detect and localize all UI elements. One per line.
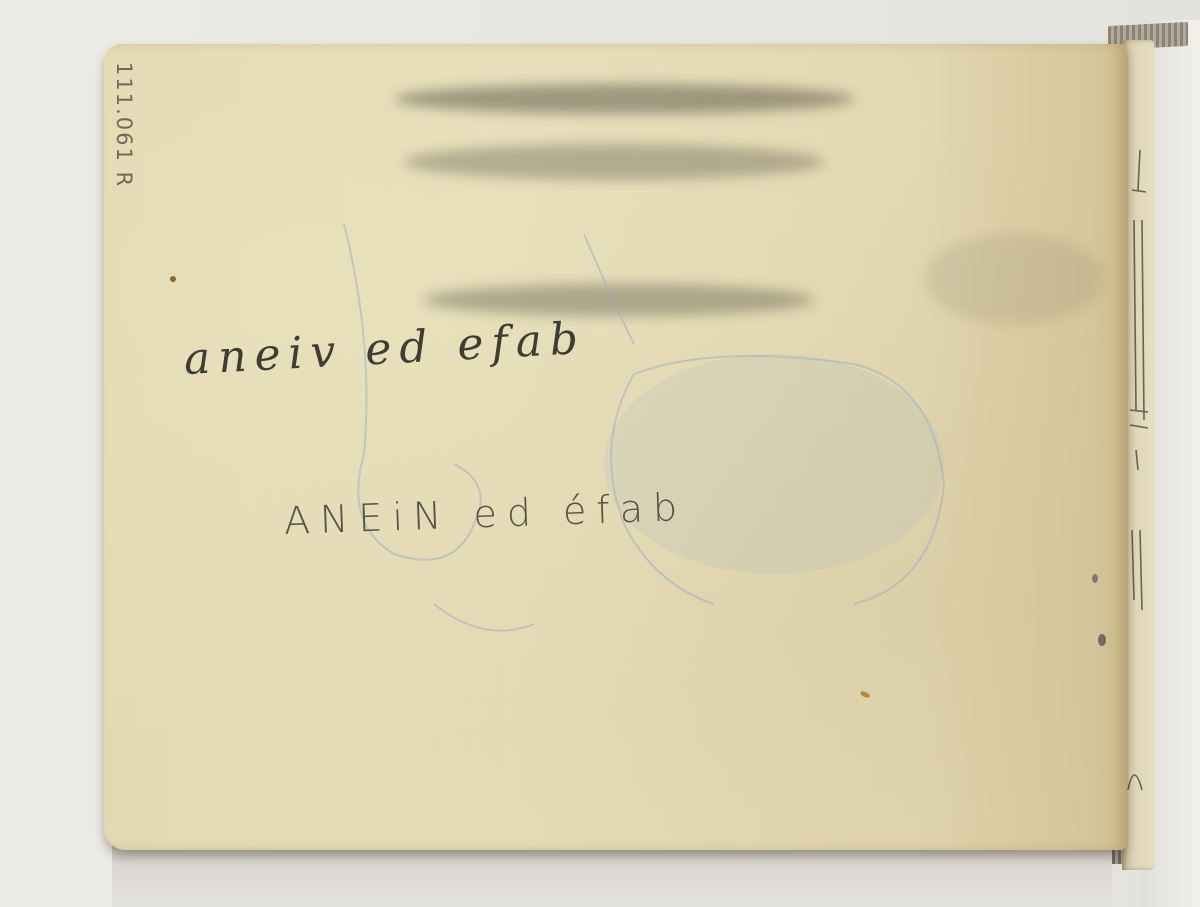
under-page-shadow	[112, 840, 1112, 907]
paper-stain	[1092, 574, 1098, 583]
sketchbook-page: 111.061 R aneiv ed efab ANEiN ed éfab	[104, 44, 1126, 850]
graphite-smudge	[394, 84, 854, 114]
paper-stain	[859, 690, 870, 699]
facing-page-edge	[1122, 40, 1154, 870]
inventory-number: 111.061 R	[112, 62, 136, 188]
paper-stain	[1098, 634, 1106, 646]
paper-stain	[170, 276, 176, 282]
facing-page-sketch	[1124, 150, 1152, 850]
faint-blue-pencil-sketch	[334, 224, 974, 644]
graphite-smudge	[404, 144, 824, 180]
